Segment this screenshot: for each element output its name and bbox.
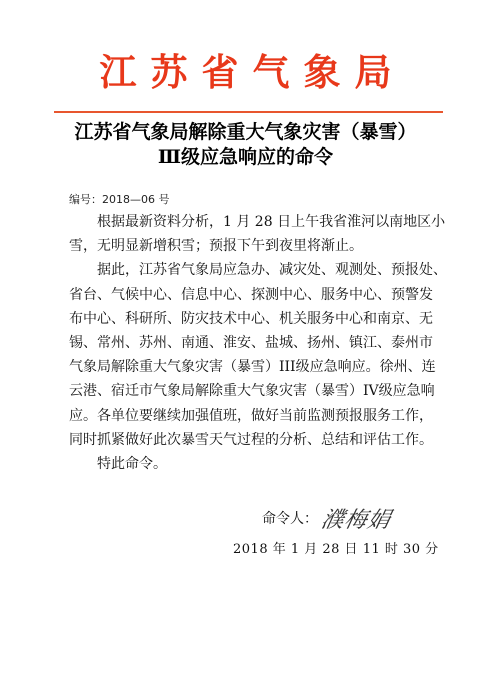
paragraph-forecast: 根据最新资料分析，1 月 28 日上午我省淮河以南地区小 雪，无明显新增积雪；预… — [69, 210, 425, 258]
body-line: 特此命令。 — [69, 452, 425, 476]
body-line: 云港、宿迁市气象局解除重大气象灾害（暴雪）IV级应急响 — [69, 379, 425, 403]
issue-datetime: 2018 年 1 月 28 日 11 时 30 分 — [233, 541, 439, 559]
body-line: 雪，无明显新增积雪；预报下午到夜里将渐止。 — [69, 234, 425, 258]
body-line: 布中心、科研所、防灾技术中心、机关服务中心和南京、无 — [69, 307, 425, 331]
body-line: 据此，江苏省气象局应急办、减灾处、观测处、预报处、 — [69, 258, 425, 282]
body-line: 根据最新资料分析，1 月 28 日上午我省淮河以南地区小 — [69, 210, 425, 234]
body-line: 应。各单位要继续加强值班，做好当前监测预报服务工作， — [69, 404, 425, 428]
handwritten-signature: 濮梅娟 — [319, 503, 395, 534]
issuer-label: 命令人： — [262, 508, 318, 528]
document-title-line-2: Ⅲ级应急响应的命令 — [0, 144, 491, 170]
document-number: 编号：2018—06 号 — [69, 193, 170, 207]
body-line: 气象局解除重大气象灾害（暴雪）III级应急响应。徐州、连 — [69, 355, 425, 379]
document-title-line-1: 江苏省气象局解除重大气象灾害（暴雪） — [0, 119, 491, 145]
masthead-org-name: 江苏省气象局 — [0, 50, 491, 94]
body-line: 锡、常州、苏州、南通、淮安、盐城、扬州、镇江、泰州市 — [69, 331, 425, 355]
document-body: 根据最新资料分析，1 月 28 日上午我省淮河以南地区小 雪，无明显新增积雪；预… — [69, 210, 425, 476]
red-divider-rule — [54, 111, 443, 113]
paragraph-closing: 特此命令。 — [69, 452, 425, 476]
body-line: 省台、气候中心、信息中心、探测中心、服务中心、预警发 — [69, 283, 425, 307]
paragraph-order: 据此，江苏省气象局应急办、减灾处、观测处、预报处、 省台、气候中心、信息中心、探… — [69, 258, 425, 452]
issuer-row: 命令人： 濮梅娟 — [262, 503, 391, 533]
body-line: 同时抓紧做好此次暴雪天气过程的分析、总结和评估工作。 — [69, 428, 425, 452]
